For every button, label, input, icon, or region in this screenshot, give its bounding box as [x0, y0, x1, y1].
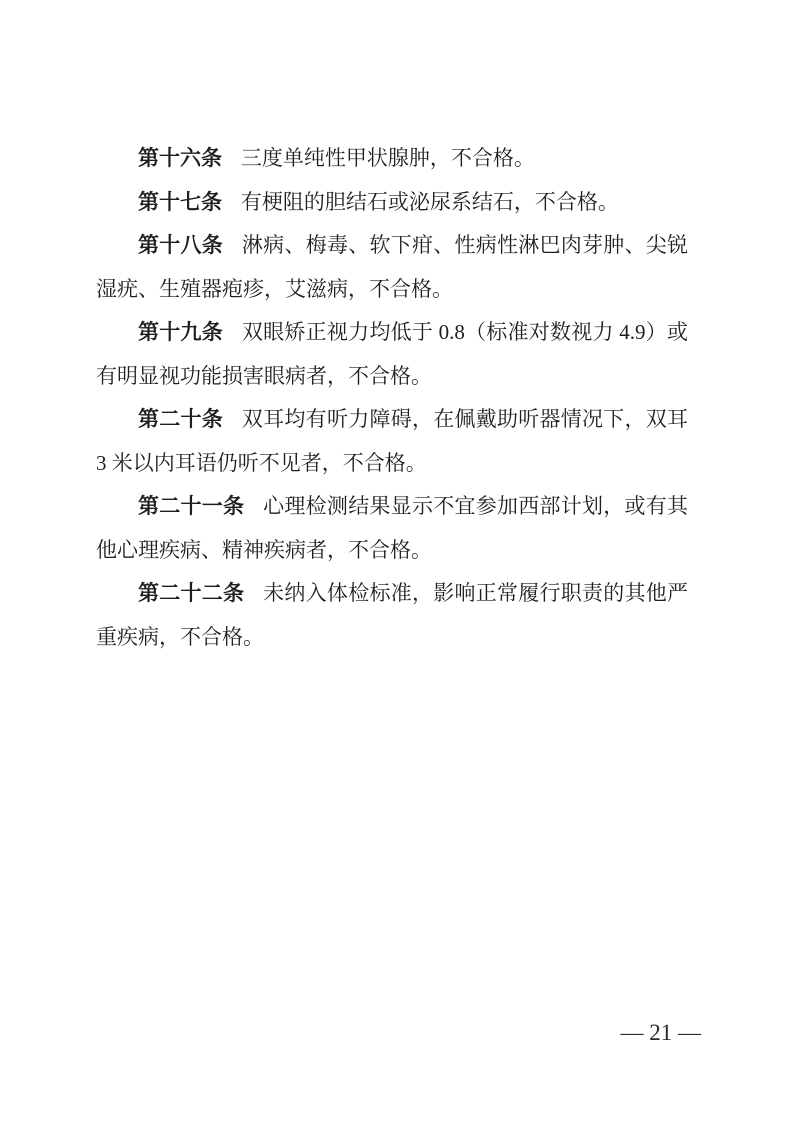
article-text: 三度单纯性甲状腺肿，不合格。 [241, 146, 535, 170]
article-text: 有梗阻的胆结石或泌尿系结石，不合格。 [241, 190, 619, 214]
page-number: — 21 — [621, 1020, 702, 1045]
page-footer: — 21 — [621, 1019, 702, 1047]
document-body: 第十六条三度单纯性甲状腺肿，不合格。 第十七条有梗阻的胆结石或泌尿系结石，不合格… [96, 137, 688, 659]
article-paragraph: 第十六条三度单纯性甲状腺肿，不合格。 [96, 137, 688, 181]
article-number: 第二十二条 [138, 582, 244, 605]
article-number: 第十八条 [138, 234, 223, 257]
document-page: 第十六条三度单纯性甲状腺肿，不合格。 第十七条有梗阻的胆结石或泌尿系结石，不合格… [0, 0, 793, 1122]
article-paragraph: 第十七条有梗阻的胆结石或泌尿系结石，不合格。 [96, 181, 688, 225]
article-paragraph: 第二十一条心理检测结果显示不宜参加西部计划，或有其他心理疾病、精神疾病者，不合格… [96, 485, 688, 572]
article-number: 第二十条 [138, 408, 223, 431]
article-number: 第十九条 [138, 321, 223, 344]
article-number: 第二十一条 [138, 495, 244, 518]
article-paragraph: 第二十条双耳均有听力障碍，在佩戴助听器情况下，双耳 3 米以内耳语仍听不见者，不… [96, 398, 688, 485]
article-paragraph: 第十八条淋病、梅毒、软下疳、性病性淋巴肉芽肿、尖锐湿疣、生殖器疱疹，艾滋病，不合… [96, 224, 688, 311]
article-number: 第十六条 [138, 147, 222, 170]
article-paragraph: 第十九条双眼矫正视力均低于 0.8（标准对数视力 4.9）或有明显视功能损害眼病… [96, 311, 688, 398]
article-number: 第十七条 [138, 191, 222, 214]
article-paragraph: 第二十二条未纳入体检标准，影响正常履行职责的其他严重疾病，不合格。 [96, 572, 688, 659]
